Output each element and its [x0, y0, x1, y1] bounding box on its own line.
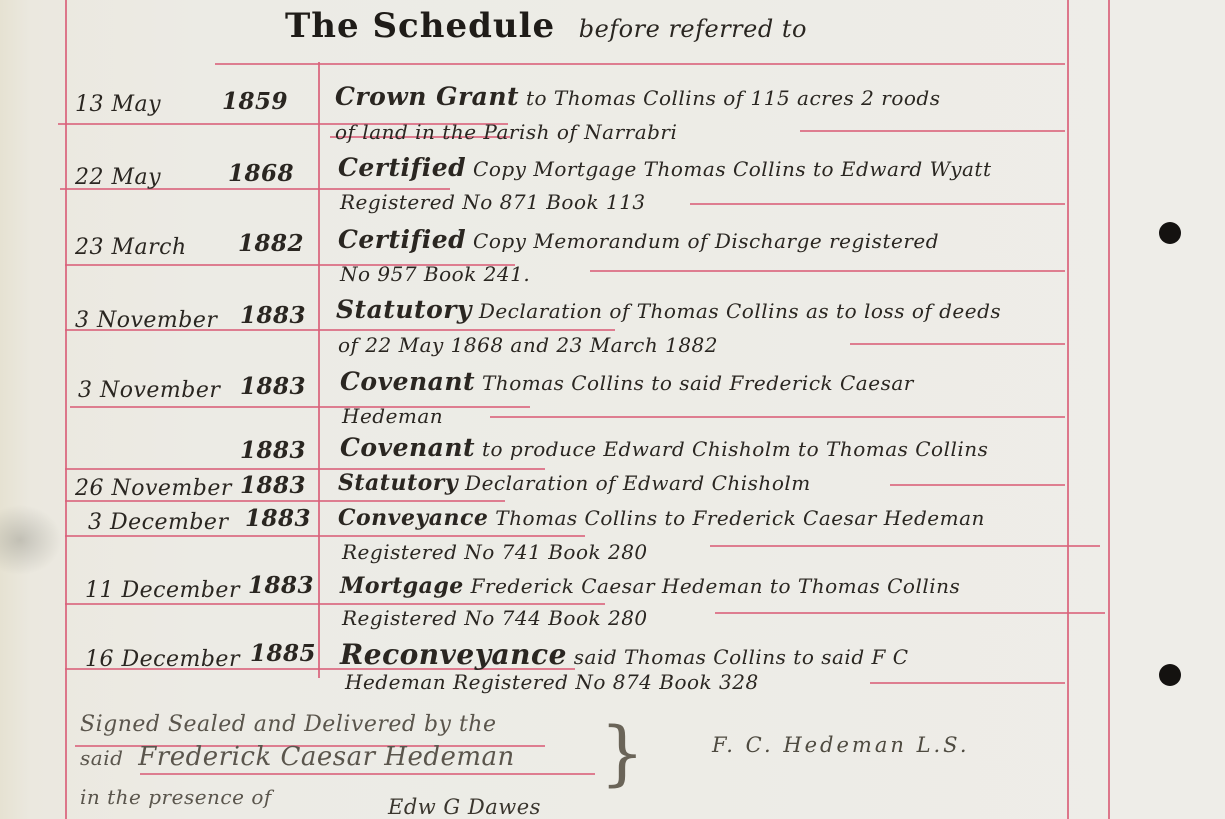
entry-date: 23 March	[75, 235, 187, 260]
entry-year: 1885	[250, 640, 316, 667]
entry-text: Frederick Caesar Hedeman to Thomas Colli…	[471, 574, 961, 598]
entry-date: 16 December	[85, 647, 240, 672]
entry-text: Declaration of Thomas Collins as to loss…	[479, 299, 1001, 323]
row-rule	[65, 535, 585, 537]
entry-year: 1868	[228, 160, 294, 187]
row-rule	[590, 270, 1065, 272]
title-suffix: before referred to	[579, 15, 807, 43]
row-rule	[690, 203, 1065, 205]
entry-text: said Thomas Collins to said F C	[574, 645, 909, 669]
entry-continuation: Registered No 744 Book 280	[342, 606, 648, 630]
punch-hole	[1159, 222, 1181, 244]
entry-continuation: Registered No 741 Book 280	[342, 540, 648, 564]
entry-date: 11 December	[85, 578, 240, 603]
entry-date: 13 May	[75, 92, 161, 117]
entry-text: Copy Memorandum of Discharge registered	[473, 229, 939, 253]
entry-date: 3 December	[88, 510, 228, 535]
entry-instrument: Certified	[338, 225, 466, 254]
entry-continuation: Hedeman Registered No 874 Book 328	[345, 670, 759, 694]
entry-instrument: Covenant	[340, 367, 475, 396]
entry-continuation: No 957 Book 241.	[340, 262, 530, 286]
entry-continuation: Hedeman	[342, 404, 443, 428]
row-rule	[850, 343, 1065, 345]
entry-text: to Thomas Collins of 115 acres 2 roods	[526, 86, 941, 110]
entry-instrument: Crown Grant	[335, 82, 519, 111]
row-rule	[490, 416, 1065, 418]
entry-date: 26 November	[75, 476, 232, 501]
entry-year: 1859	[222, 88, 288, 115]
entry-description: Statutory Declaration of Edward Chisholm	[338, 470, 811, 496]
signatory-name: Frederick Caesar Hedeman	[138, 742, 515, 772]
entry-text: Declaration of Edward Chisholm	[465, 471, 811, 495]
entry-instrument: Reconveyance	[340, 638, 567, 671]
date-column-rule	[318, 62, 320, 678]
schedule-title: The Schedule before referred to	[285, 6, 807, 46]
entry-date: 3 November	[78, 378, 220, 403]
title-main: The Schedule	[285, 6, 555, 46]
entry-instrument: Mortgage	[340, 573, 464, 599]
row-rule	[890, 484, 1065, 486]
entry-date: 3 November	[75, 308, 217, 333]
entry-continuation: of land in the Parish of Narrabri	[335, 120, 677, 144]
row-rule	[715, 612, 1105, 614]
attestation-rule	[140, 773, 595, 775]
entry-instrument: Statutory	[336, 295, 472, 324]
row-rule	[710, 545, 1100, 547]
entry-year: 1883	[240, 472, 306, 499]
right-margin-rule-1	[1067, 0, 1069, 819]
entry-description: Crown Grant to Thomas Collins of 115 acr…	[335, 82, 940, 111]
ledger-page: The Schedule before referred to 13 May 1…	[0, 0, 1225, 819]
row-rule	[800, 130, 1065, 132]
entry-description: Statutory Declaration of Thomas Collins …	[336, 295, 1001, 324]
row-rule	[70, 406, 530, 408]
attestation-brace: }	[600, 712, 645, 794]
entry-text: Copy Mortgage Thomas Collins to Edward W…	[473, 157, 991, 181]
entry-date: 22 May	[75, 165, 161, 190]
entry-year: 1883	[245, 505, 311, 532]
row-rule	[870, 682, 1065, 684]
entry-description: Conveyance Thomas Collins to Frederick C…	[338, 505, 985, 531]
attestation-line-2: said Frederick Caesar Hedeman	[80, 742, 515, 772]
entry-text: Thomas Collins to Frederick Caesar Hedem…	[495, 506, 985, 530]
entry-description: Mortgage Frederick Caesar Hedeman to Tho…	[340, 573, 960, 599]
entry-description: Certified Copy Mortgage Thomas Collins t…	[338, 153, 992, 182]
entry-year: 1883	[240, 373, 306, 400]
entry-text: Thomas Collins to said Frederick Caesar	[482, 371, 914, 395]
entry-year: 1883	[240, 302, 306, 329]
punch-hole	[1159, 664, 1181, 686]
entry-instrument: Certified	[338, 153, 466, 182]
entry-continuation: Registered No 871 Book 113	[340, 190, 646, 214]
entry-instrument: Statutory	[338, 470, 458, 496]
entry-description: Covenant Thomas Collins to said Frederic…	[340, 367, 914, 396]
entry-year: 1882	[238, 230, 304, 257]
entry-continuation: of 22 May 1868 and 23 March 1882	[338, 333, 718, 357]
entry-instrument: Conveyance	[338, 505, 488, 531]
entry-year: 1883	[248, 572, 314, 599]
attestation-line-3: in the presence of	[80, 785, 272, 809]
attestation-said: said	[80, 746, 123, 770]
row-rule	[65, 603, 605, 605]
entry-description: Covenant to produce Edward Chisholm to T…	[340, 433, 988, 462]
entry-description: Certified Copy Memorandum of Discharge r…	[338, 225, 939, 254]
entry-description: Reconveyance said Thomas Collins to said…	[340, 638, 909, 671]
signature: F. C. Hedeman L.S.	[712, 733, 970, 757]
entry-year: 1883	[240, 437, 306, 464]
attestation-line-1: Signed Sealed and Delivered by the	[80, 712, 496, 737]
right-margin-rule-2	[1108, 0, 1110, 819]
entry-instrument: Covenant	[340, 433, 475, 462]
header-rule	[215, 63, 1065, 65]
entry-text: to produce Edward Chisholm to Thomas Col…	[482, 437, 988, 461]
witness-signature: Edw G Dawes	[388, 795, 541, 819]
